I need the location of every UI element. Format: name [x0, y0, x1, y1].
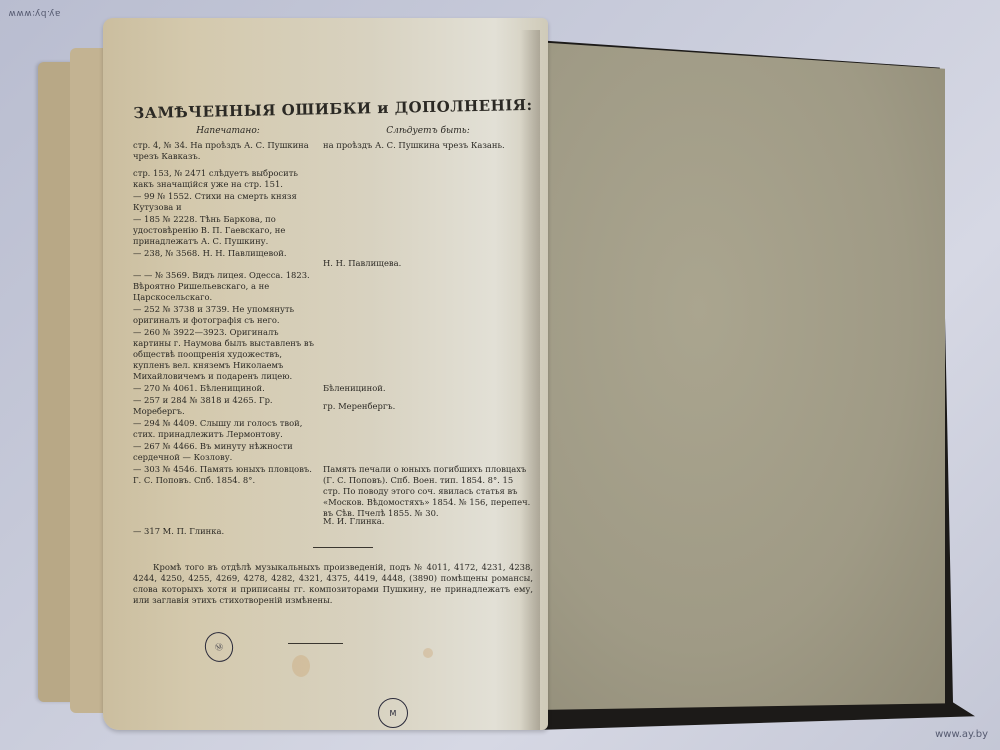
correction-text [323, 304, 533, 326]
correction-text: Бѣленициной. [323, 383, 533, 394]
correction-text: М. И. Глинка. [323, 516, 533, 537]
printed-text: — 303 № 4546. Память юныхъ пловцовъ. Г. … [133, 464, 323, 519]
correction-text [323, 191, 533, 213]
printed-text: — 267 № 4466. Въ минуту нѣжности сердечн… [133, 441, 323, 463]
correction-text [323, 327, 533, 382]
errata-row: — 185 № 2228. Тѣнь Баркова, по удостовѣр… [133, 214, 533, 247]
errata-row: — 267 № 4466. Въ минуту нѣжности сердечн… [133, 441, 533, 463]
correction-text: на проѣздъ А. С. Пушкина чрезъ Казань. [323, 140, 533, 162]
correction-text [323, 270, 533, 303]
printed-text: стр. 153, № 2471 слѣдуетъ выбросить какъ… [133, 168, 323, 190]
end-divider [288, 643, 343, 644]
errata-row: — 238, № 3568. Н. Н. Павлищевой.Н. Н. Па… [133, 248, 533, 269]
additional-note: Кромѣ того въ отдѣлѣ музыкальныхъ произв… [133, 562, 533, 606]
printed-text: — 270 № 4061. Бѣленищиной. [133, 383, 323, 394]
watermark-bottom: www.ay.by [935, 729, 988, 740]
errata-row: — 260 № 3922—3923. Оригиналъ картины г. … [133, 327, 533, 382]
printed-text: — 99 № 1552. Стихи на смерть князя Кутуз… [133, 191, 323, 213]
printed-text: — 257 и 284 № 3818 и 4265. Гр. Моребергъ… [133, 395, 323, 417]
header-printed: Напечатано: [133, 126, 323, 136]
printed-text: стр. 4, № 34. На проѣздъ А. С. Пушкина ч… [133, 140, 323, 162]
errata-row: — — № 3569. Видъ лицея. Одесса. 1823. Вѣ… [133, 270, 533, 303]
errata-row: стр. 153, № 2471 слѣдуетъ выбросить какъ… [133, 168, 533, 190]
right-page-blank-endpaper [535, 42, 945, 710]
correction-text: Н. Н. Павлищева. [323, 248, 533, 269]
correction-text [323, 441, 533, 463]
column-headers: Напечатано: Слѣдуетъ быть: [133, 126, 533, 136]
library-stamp-icon: M [378, 698, 408, 728]
errata-row: — 317 М. П. Глинка.М. И. Глинка. [133, 516, 533, 537]
errata-row: — 270 № 4061. Бѣленищиной.Бѣленициной. [133, 383, 533, 394]
correction-text [323, 168, 533, 190]
printed-text: — 260 № 3922—3923. Оригиналъ картины г. … [133, 327, 323, 382]
printed-text: — 294 № 4409. Слышу ли голосъ твой, стих… [133, 418, 323, 440]
errata-row: — 294 № 4409. Слышу ли голосъ твой, стих… [133, 418, 533, 440]
errata-row: — 252 № 3738 и 3739. Не упомянуть оригин… [133, 304, 533, 326]
printed-text: — 252 № 3738 и 3739. Не упомянуть оригин… [133, 304, 323, 326]
printed-text: — 238, № 3568. Н. Н. Павлищевой. [133, 248, 323, 269]
errata-content: ЗАМѢЧЕННЫЯ ОШИБКИ и ДОПОЛНЕНІЯ: Напечата… [133, 100, 533, 606]
errata-row: стр. 4, № 34. На проѣздъ А. С. Пушкина ч… [133, 140, 533, 162]
correction-text: гр. Меренбергъ. [323, 395, 533, 417]
printed-text: — 185 № 2228. Тѣнь Баркова, по удостовѣр… [133, 214, 323, 247]
section-divider [313, 547, 373, 548]
correction-text: Память печали о юныхъ погибшихъ пловцахъ… [323, 464, 533, 519]
foxing-stain [423, 648, 433, 658]
foxing-stain [292, 655, 310, 677]
printed-text: — — № 3569. Видъ лицея. Одесса. 1823. Вѣ… [133, 270, 323, 303]
correction-text [323, 214, 533, 247]
errata-row: — 257 и 284 № 3818 и 4265. Гр. Моребергъ… [133, 395, 533, 417]
errata-row: — 99 № 1552. Стихи на смерть князя Кутуз… [133, 191, 533, 213]
header-should-be: Слѣдуетъ быть: [323, 126, 533, 136]
errata-row: — 303 № 4546. Память юныхъ пловцовъ. Г. … [133, 464, 533, 519]
watermark-top: ay.by:www [8, 8, 60, 18]
page-title: ЗАМѢЧЕННЫЯ ОШИБКИ и ДОПОЛНЕНІЯ: [133, 96, 533, 122]
printed-text: — 317 М. П. Глинка. [133, 516, 323, 537]
correction-text [323, 418, 533, 440]
